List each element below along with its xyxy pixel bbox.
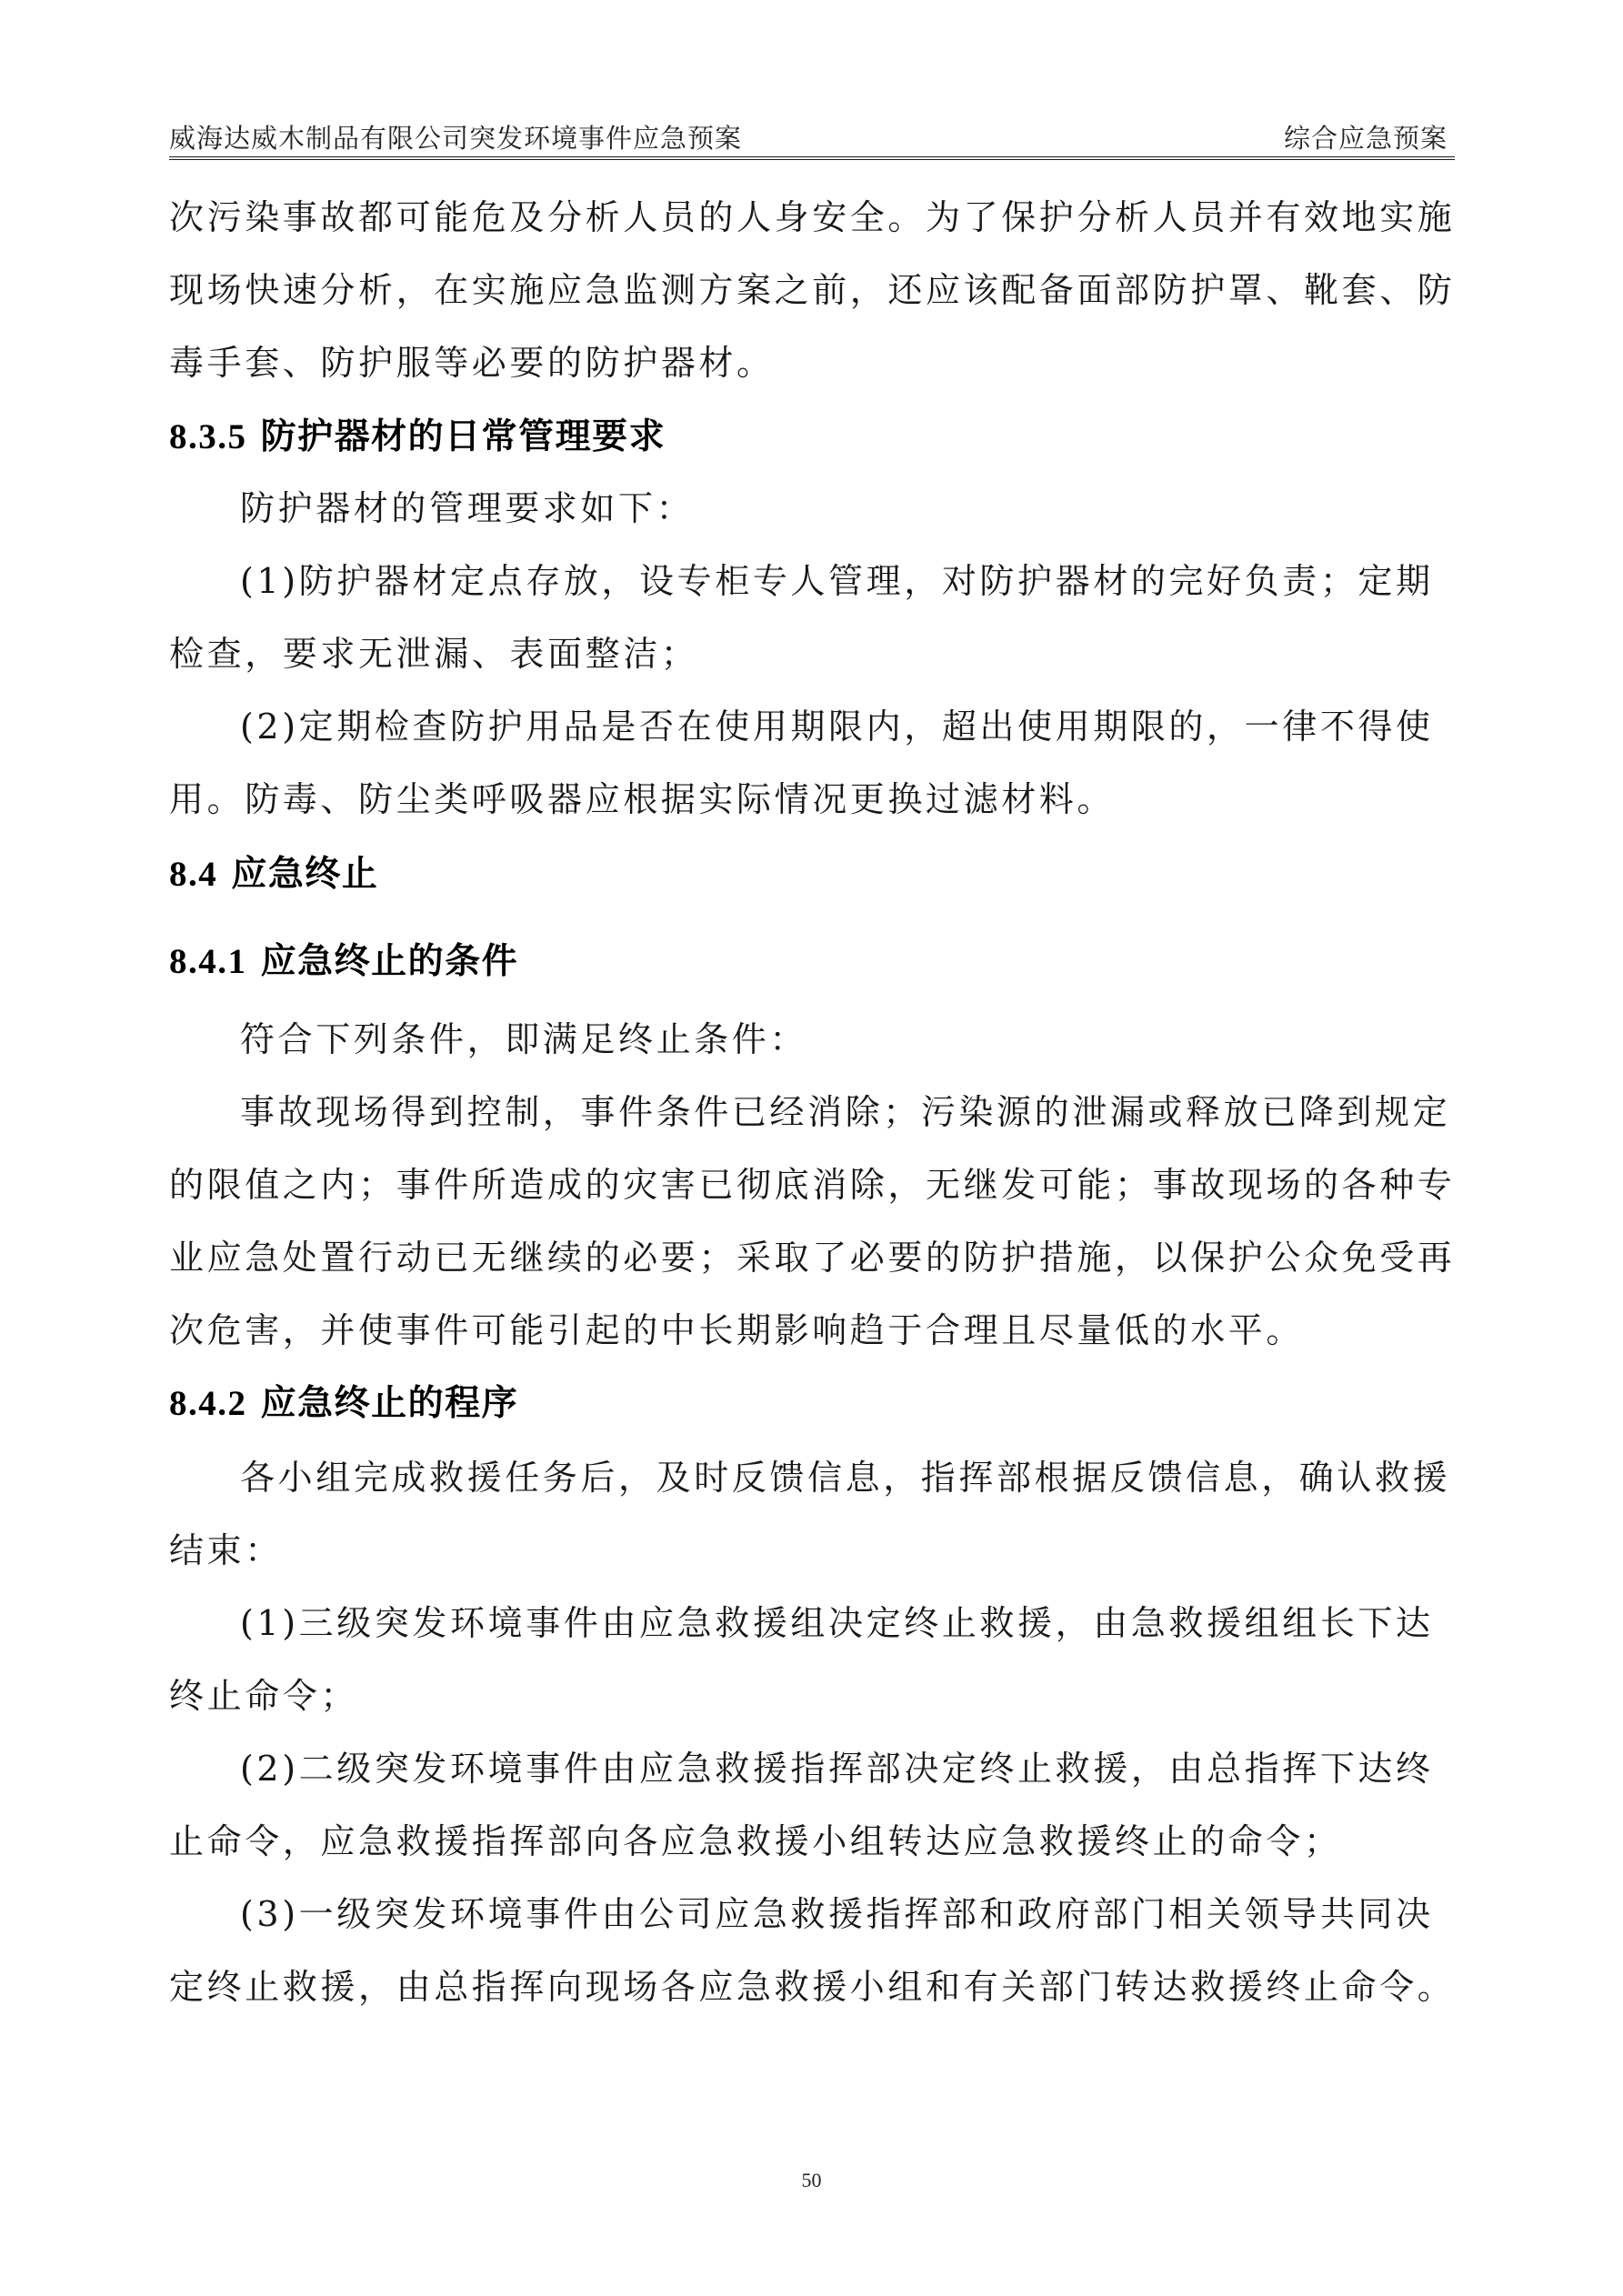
list-item-line: 用。防毒、防尘类呼吸器应根据实际情况更换过滤材料。 [169,777,1115,822]
paragraph-line: 次污染事故都可能危及分析人员的人身安全。为了保护分析人员并有效地实施 [169,195,1455,240]
section-title: 应急终止的条件 [261,940,519,982]
section-heading-8-3-5: 8.3.5 防护器材的日常管理要求 [169,414,666,460]
paragraph-line: 符合下列条件，即满足终止条件： [240,1017,807,1062]
section-title: 应急终止 [231,853,378,895]
section-number: 8.4.2 [169,1384,247,1423]
section-number: 8.4.1 [169,942,247,981]
list-item-line: 检查，要求无泄漏、表面整洁； [169,631,698,677]
document-title: 威海达威木制品有限公司突发环境事件应急预案 [169,118,742,155]
section-label: 综合应急预案 [1284,118,1448,155]
page-header: 威海达威木制品有限公司突发环境事件应急预案 综合应急预案 [169,115,1455,160]
paragraph-line: 次危害，并使事件可能引起的中长期影响趋于合理且尽量低的水平。 [169,1308,1304,1353]
list-item-line: (3)一级突发环境事件由公司应急救援指挥部和政府部门相关领导共同决 [240,1891,1434,1937]
paragraph-line: 结束： [169,1528,283,1573]
list-item-line: (1)三级突发环境事件由应急救援组决定终止救援，由急救援组组长下达 [240,1600,1434,1646]
section-title: 防护器材的日常管理要求 [261,416,666,457]
page-number: 50 [0,2169,1623,2192]
paragraph-line: 事故现场得到控制，事件条件已经消除；污染源的泄漏或释放已降到规定 [240,1089,1450,1135]
list-item-line: 定终止救援，由总指挥向现场各应急救援小组和有关部门转达救援终止命令。 [169,1964,1455,2010]
paragraph-line: 毒手套、防护服等必要的防护器材。 [169,340,775,386]
paragraph-line: 现场快速分析，在实施应急监测方案之前，还应该配备面部防护罩、靴套、防 [169,267,1455,313]
section-heading-8-4-2: 8.4.2 应急终止的程序 [169,1380,518,1427]
paragraph-line: 的限值之内；事件所造成的灾害已彻底消除，无继发可能；事故现场的各种专 [169,1162,1455,1208]
list-item-line: (2)二级突发环境事件由应急救援指挥部决定终止救援，由总指挥下达终 [240,1746,1434,1791]
list-item-line: 止命令，应急救援指挥部向各应急救援小组转达应急救援终止的命令； [169,1819,1342,1864]
section-heading-8-4: 8.4 应急终止 [169,851,378,897]
paragraph-line: 业应急处置行动已无继续的必要；采取了必要的防护措施，以保护公众免受再 [169,1235,1455,1280]
section-title: 应急终止的程序 [261,1382,519,1424]
list-item-line: (1)防护器材定点存放，设专柜专人管理，对防护器材的完好负责；定期 [240,558,1434,604]
paragraph-line: 防护器材的管理要求如下： [240,486,694,531]
section-heading-8-4-1: 8.4.1 应急终止的条件 [169,938,518,985]
paragraph-line: 各小组完成救援任务后，及时反馈信息，指挥部根据反馈信息，确认救援 [240,1455,1450,1500]
section-number: 8.4 [169,855,217,894]
section-number: 8.3.5 [169,417,247,456]
list-item-line: 终止命令； [169,1673,358,1719]
list-item-line: (2)定期检查防护用品是否在使用期限内，超出使用期限的，一律不得使 [240,704,1434,749]
